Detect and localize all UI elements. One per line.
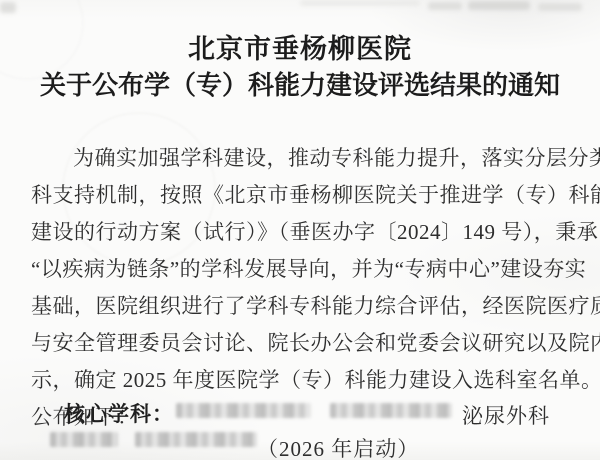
body-line: 基础，医院组织进行了学科专科能力综合评估，经医院医疗质量 (31, 288, 571, 325)
body-line: 建设的行动方案（试行）》（垂医办字〔2024〕149 号），秉承 (31, 214, 571, 251)
department-urology: 泌尿外科 (462, 400, 550, 430)
scan-smudge (468, 1, 530, 10)
scanned-notice-page: 北京市垂杨柳医院 关于公布学（专）科能力建设评选结果的通知 为确实加强学科建设，… (0, 0, 600, 460)
redacted-department-block (176, 403, 311, 418)
body-line: 科支持机制，按照《北京市垂杨柳医院关于推进学（专）科能力 (31, 177, 571, 214)
body-line: 示，确定 2025 年度医院学（专）科能力建设入选科室名单。现 (31, 362, 571, 399)
hospital-name-title: 北京市垂杨柳医院 (0, 27, 600, 66)
redacted-department-block (50, 432, 118, 447)
core-discipline-label: 核心学科： (64, 398, 174, 428)
redacted-department-block (330, 403, 452, 418)
body-line: “以疾病为链条”的学科发展导向，并为“专病中心”建设夯实 (31, 251, 571, 288)
start-year-note: （2026 年启动） (257, 433, 419, 460)
core-discipline-row-2: （2026 年启动） (0, 430, 600, 458)
notice-body: 为确实加强学科建设，推动专科能力提升，落实分层分类学 科支持机制，按照《北京市垂… (31, 140, 571, 436)
scan-smudge (428, 2, 462, 10)
notice-title: 关于公布学（专）科能力建设评选结果的通知 (0, 65, 600, 102)
scan-smudge (300, 0, 420, 6)
scan-smudge (538, 3, 582, 11)
body-line: 与安全管理委员会讨论、院长办公会和党委会议研究以及院内公 (31, 325, 571, 362)
core-discipline-row: 核心学科： 泌尿外科 (0, 398, 600, 424)
redacted-department-block (135, 432, 257, 447)
body-line: 为确实加强学科建设，推动专科能力提升，落实分层分类学 (31, 140, 571, 177)
